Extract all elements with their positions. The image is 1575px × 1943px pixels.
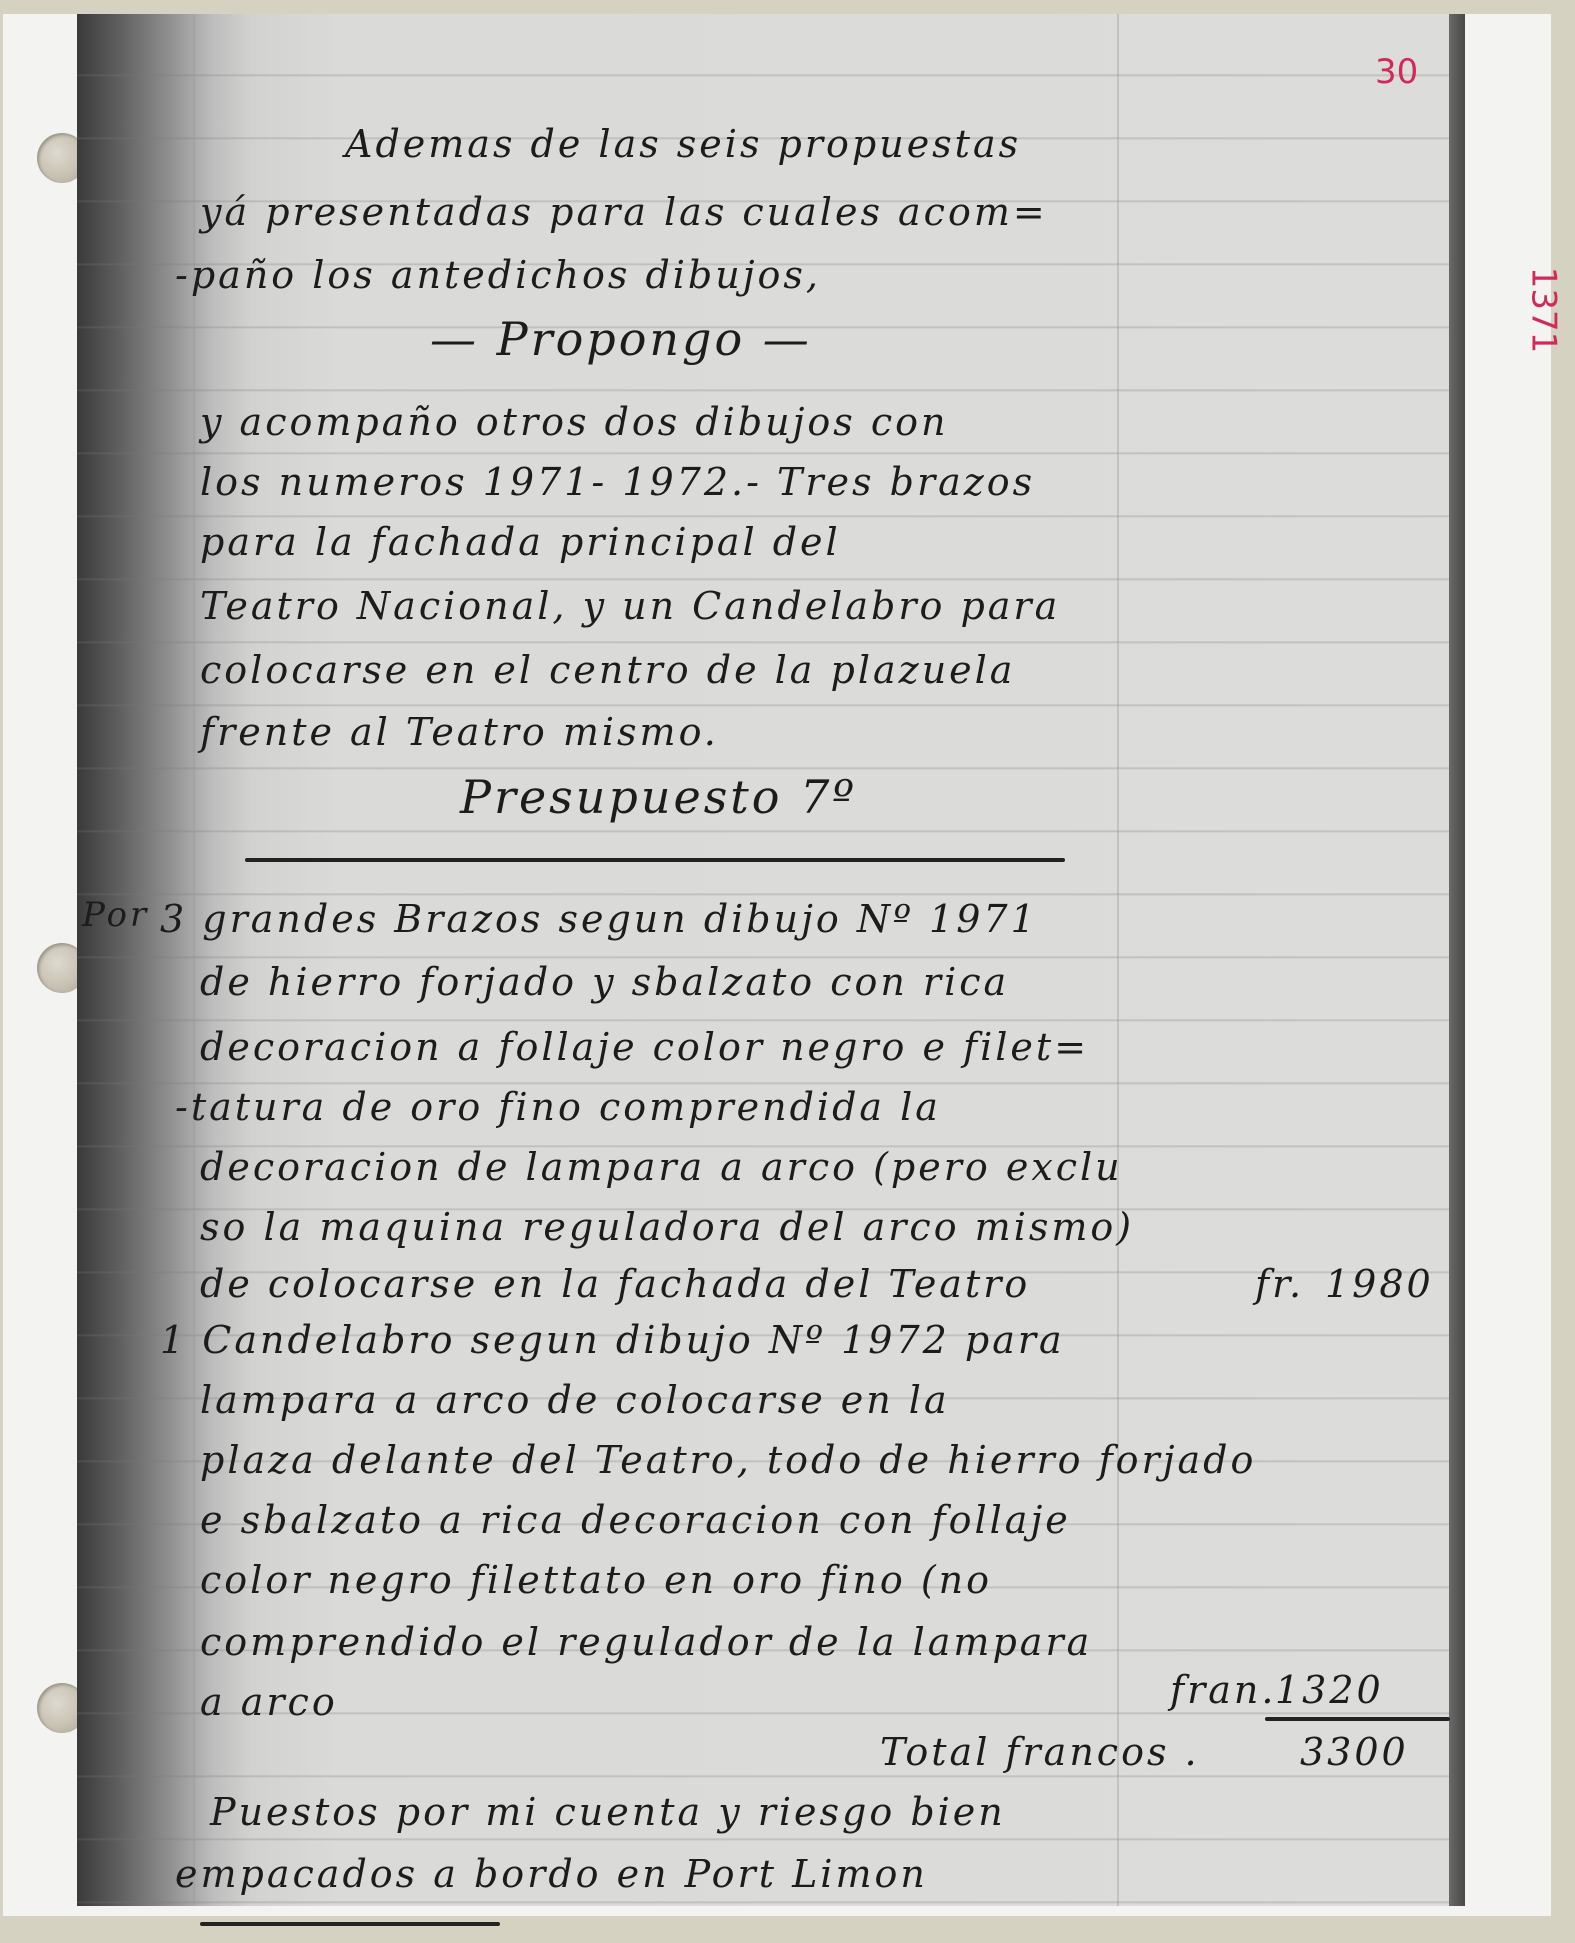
item1-line: decoracion de lampara a arco (pero exclu [200,1145,1123,1189]
margin-rule [193,14,195,1906]
item2-line: color negro filettato en oro fino (no [200,1558,992,1602]
proposal-heading: — Propongo — [430,312,812,366]
item2-line: lampara a arco de colocarse en la [200,1378,950,1422]
item2-line: e sbalzato a rica decoracion con follaje [200,1498,1071,1542]
text-line: Ademas de las seis propuestas [345,122,1021,166]
item1-line: de hierro forjado y sbalzato con rica [200,960,1009,1004]
closing-line: empacados a bordo en Port Limon [175,1852,928,1896]
archive-side-number: 1371 [1523,267,1563,354]
item1-line: decoracion a follaje color negro e filet… [200,1025,1089,1069]
text-line: colocarse en el centro de la plazuela [200,648,1015,692]
text-line: Teatro Nacional, y un Candelabro para [200,584,1060,628]
text-line: los numeros 1971- 1972.- Tres brazos [200,460,1035,504]
item2-currency: fran. [1170,1668,1276,1712]
text-line: yá presentadas para las cuales acom= [200,190,1048,234]
closing-divider [200,1922,500,1926]
item2-amount: 1320 [1275,1668,1384,1712]
item2-line: 1 Candelabro segun dibujo Nº 1972 para [160,1318,1065,1362]
item1-currency: fr. [1255,1262,1304,1306]
margin-prefix: Por [82,895,149,935]
text-line: y acompaño otros dos dibujos con [200,400,949,444]
text-line: para la fachada principal del [200,520,841,564]
total-amount: 3300 [1300,1730,1409,1774]
margin-rule [1117,14,1119,1906]
item1-line: so la maquina reguladora del arco mismo) [200,1205,1134,1249]
total-label: Total francos . [880,1730,1200,1774]
item2-line: a arco [200,1680,338,1724]
folio-number: 30 [1375,52,1418,92]
subtotal-underline [1265,1717,1450,1721]
item2-line: comprendido el regulador de la lampara [200,1620,1092,1664]
item1-line: de colocarse en la fachada del Teatro [200,1262,1030,1306]
closing-line: Puestos por mi cuenta y riesgo bien [210,1790,1006,1834]
item2-line: plaza delante del Teatro, todo de hierro… [200,1438,1256,1482]
budget-heading: Presupuesto 7º [460,770,857,824]
text-line: -paño los antedichos dibujos, [175,253,821,297]
section-divider [245,858,1065,862]
item1-amount: 1980 [1325,1262,1434,1306]
item1-line: -tatura de oro fino comprendida la [175,1085,941,1129]
item1-line: 3 grandes Brazos segun dibujo Nº 1971 [160,897,1038,941]
text-line: frente al Teatro mismo. [200,710,719,754]
